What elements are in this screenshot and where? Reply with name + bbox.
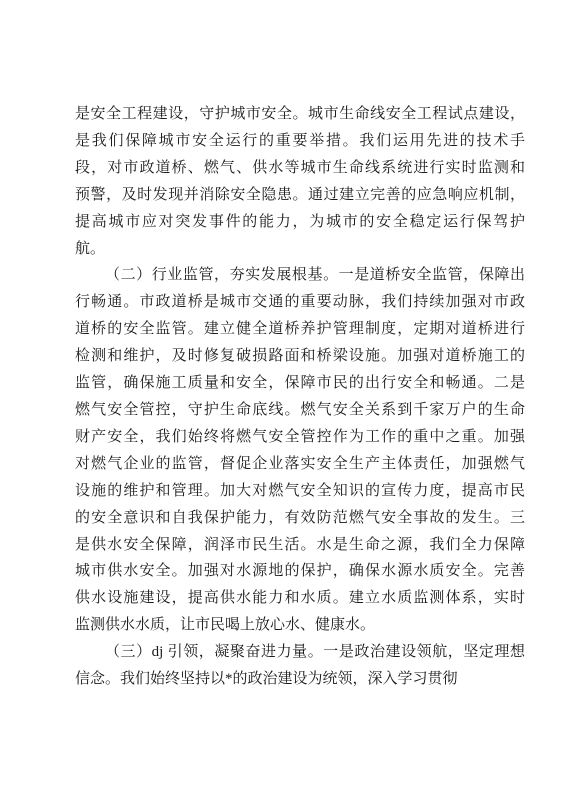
text-line: 段，对市政道桥、燃气、供水等城市生命线系统进行实时监测和 [75,155,525,182]
text-block: 是安全工程建设，守护城市安全。城市生命线安全工程试点建设， 是我们保障城市安全运… [75,101,525,693]
text-line: 对燃气企业的监管，督促企业落实安全生产主体责任，加强燃气 [75,451,525,478]
text-line: 提高城市应对突发事件的能力，为城市的安全稳定运行保驾护 [75,209,525,236]
text-line: 财产安全，我们始终将燃气安全管控作为工作的重中之重。加强 [75,424,525,451]
text-line: 设施的维护和管理。加大对燃气安全知识的宣传力度，提高市民 [75,478,525,505]
text-line-paragraph-start: （三）dj 引领，凝聚奋进力量。一是政治建设领航，坚定理想 [75,639,525,666]
text-line: 燃气安全管控，守护生命底线。燃气安全关系到千家万户的生命 [75,397,525,424]
text-line: 信念。我们始终坚持以*的政治建设为统领，深入学习贯彻 [75,666,525,693]
text-line: 航。 [75,236,525,263]
text-line: 城市供水安全。加强对水源地的保护，确保水源水质安全。完善 [75,558,525,585]
text-line-paragraph-start: （二）行业监管，夯实发展根基。一是道桥安全监管，保障出 [75,262,525,289]
document-page: 是安全工程建设，守护城市安全。城市生命线安全工程试点建设， 是我们保障城市安全运… [0,0,570,807]
text-line: 是安全工程建设，守护城市安全。城市生命线安全工程试点建设， [75,101,525,128]
text-line: 是供水安全保障，润泽市民生活。水是生命之源，我们全力保障 [75,532,525,559]
text-line: 供水设施建设，提高供水能力和水质。建立水质监测体系，实时 [75,585,525,612]
text-line: 行畅通。市政道桥是城市交通的重要动脉，我们持续加强对市政 [75,289,525,316]
text-line: 监管，确保施工质量和安全，保障市民的出行安全和畅通。二是 [75,370,525,397]
text-line: 监测供水水质，让市民喝上放心水、健康水。 [75,612,525,639]
text-line: 的安全意识和自我保护能力，有效防范燃气安全事故的发生。三 [75,505,525,532]
text-line: 道桥的安全监管。建立健全道桥养护管理制度，定期对道桥进行 [75,316,525,343]
text-line: 预警，及时发现并消除安全隐患。通过建立完善的应急响应机制， [75,182,525,209]
text-line: 是我们保障城市安全运行的重要举措。我们运用先进的技术手 [75,128,525,155]
text-line: 检测和维护，及时修复破损路面和桥梁设施。加强对道桥施工的 [75,343,525,370]
